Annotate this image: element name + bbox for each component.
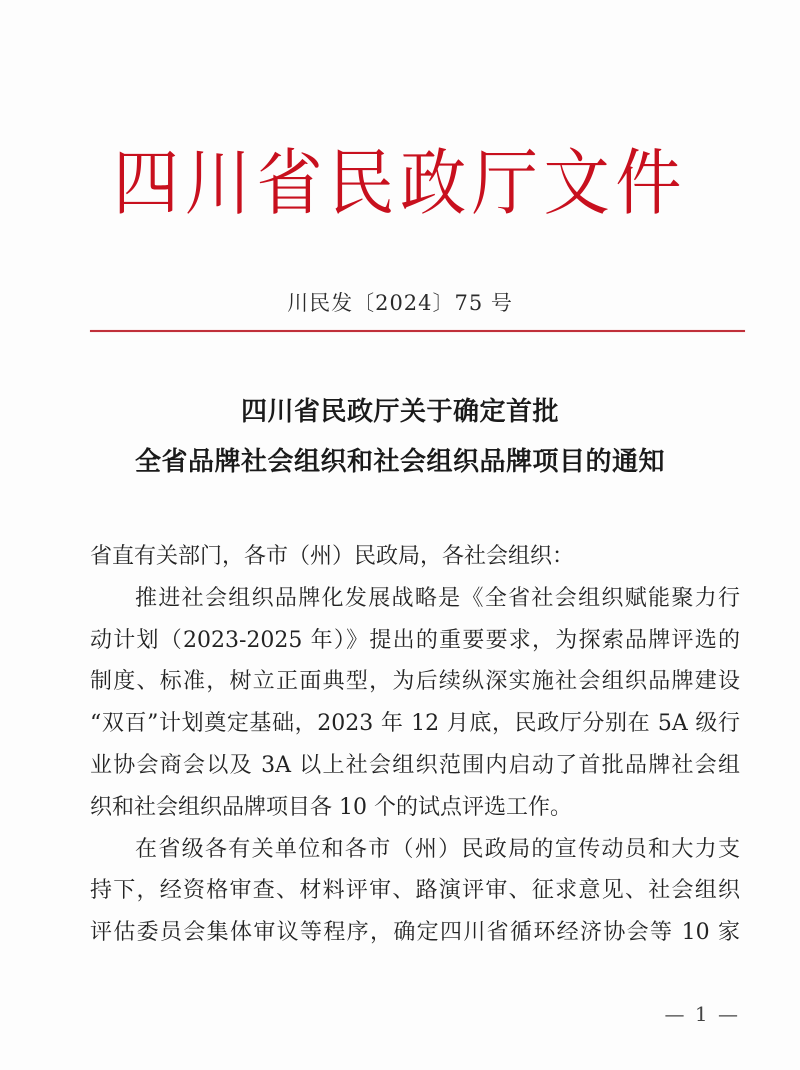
body-row: 业协会商会以及 3A 以上社会组织范围内启动了首批品牌社会组 — [90, 745, 740, 787]
document-title: 四川省民政厅关于确定首批 全省品牌社会组织和社会组织品牌项目的通知 — [0, 395, 800, 487]
body-row: 织和社会组织品牌项目各 10 个的试点评选工作。 — [90, 787, 740, 829]
body-row: 持下，经资格审查、材料评审、路演评审、征求意见、社会组织 — [90, 870, 740, 912]
body-row: 在省级各有关单位和各市（州）民政局的宣传动员和大力支 — [90, 829, 740, 871]
masthead-title: 四川省民政厅文件 — [32, 138, 768, 228]
title-line-2: 全省品牌社会组织和社会组织品牌项目的通知 — [0, 445, 800, 487]
document-body: 省直有关部门，各市（州）民政局，各社会组织： 推进社会组织品牌化发展战略是《全省… — [90, 536, 740, 954]
title-line-1: 四川省民政厅关于确定首批 — [0, 395, 800, 437]
body-row: 制度、标准，树立正面典型，为后续纵深实施社会组织品牌建设 — [90, 661, 740, 703]
body-row: 评估委员会集体审议等程序，确定四川省循环经济协会等 10 家 — [90, 912, 740, 954]
document-number: 川民发〔2024〕75 号 — [0, 289, 800, 317]
body-row: 推进社会组织品牌化发展战略是《全省社会组织赋能聚力行 — [90, 578, 740, 620]
body-row: 动计划（2023-2025 年）》提出的重要要求，为探索品牌评选的 — [90, 620, 740, 662]
red-divider-line — [90, 330, 745, 332]
document-page: 四川省民政厅文件 川民发〔2024〕75 号 四川省民政厅关于确定首批 全省品牌… — [0, 0, 800, 1070]
page-number: — 1 — — [660, 1000, 740, 1028]
body-row: “双百”计划奠定基础，2023 年 12 月底，民政厅分别在 5A 级行 — [90, 703, 740, 745]
salutation: 省直有关部门，各市（州）民政局，各社会组织： — [90, 536, 740, 578]
